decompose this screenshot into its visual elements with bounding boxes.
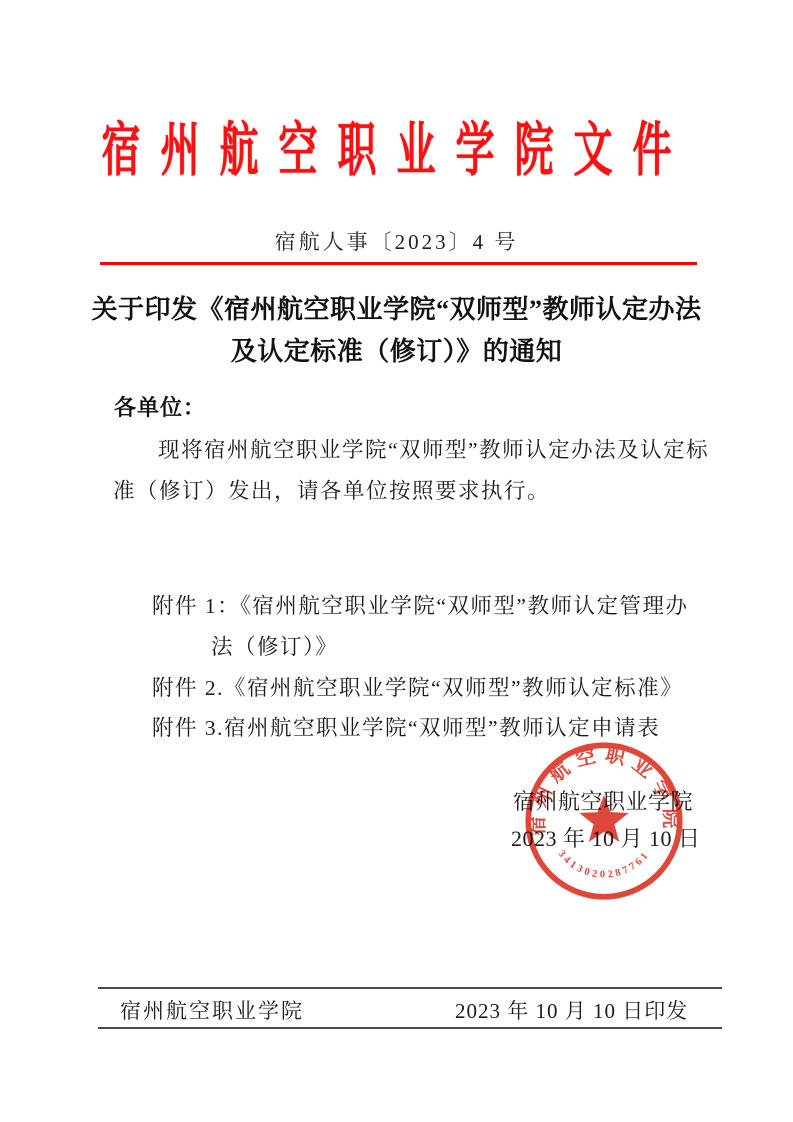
masthead-title: 宿州航空职业学院文件 (0, 104, 793, 188)
red-divider-rule (100, 262, 697, 265)
document-number: 宿航人事〔2023〕4 号 (0, 226, 793, 256)
notice-title-line-2: 及认定标准（修订）》的通知 (0, 331, 793, 368)
attachment-1-line-1: 附件 1：《宿州航空职业学院“双师型”教师认定管理办 (152, 589, 688, 620)
attachment-1-line-2: 法（修订）》 (211, 630, 338, 661)
footer-top-rule (98, 987, 722, 989)
body-text-line-1: 现将宿州航空职业学院“双师型”教师认定办法及认定标 (158, 433, 709, 464)
signature-date: 2023 年 10 月 10 日 (511, 822, 701, 853)
document-page: 宿州航空职业学院文件 宿航人事〔2023〕4 号 关于印发《宿州航空职业学院“双… (0, 0, 793, 1122)
attachment-2: 附件 2.《宿州航空职业学院“双师型”教师认定标准》 (152, 671, 683, 702)
signature-organization: 宿州航空职业学院 (513, 785, 693, 816)
salutation: 各单位： (114, 391, 206, 422)
footer-bottom-rule (98, 1027, 722, 1029)
footer-print-date: 2023 年 10 月 10 日印发 (455, 995, 688, 1025)
notice-title-line-1: 关于印发《宿州航空职业学院“双师型”教师认定办法 (0, 289, 793, 326)
official-seal-stamp: 宿州航空职业学院 3413020287761 (521, 738, 687, 904)
body-text-line-2: 准（修订）发出，请各单位按照要求执行。 (113, 474, 550, 505)
footer-issuer: 宿州航空职业学院 (120, 995, 304, 1025)
seal-code-arc-text: 3413020287761 (556, 849, 653, 881)
